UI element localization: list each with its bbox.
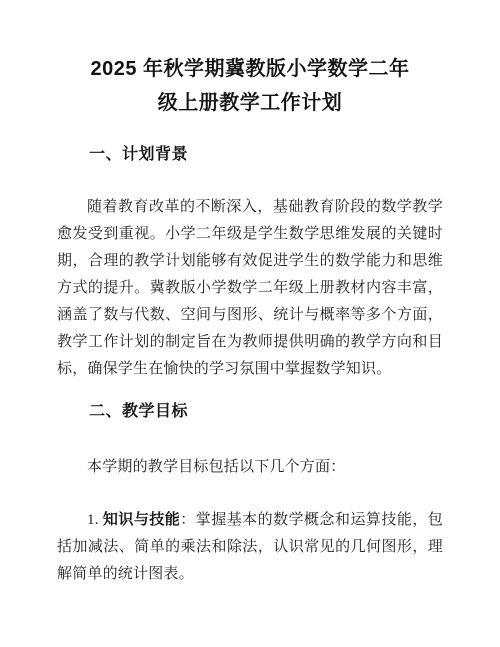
- paragraph-plan-background: 随着教育改革的不断深入，基础教育阶段的数学教学愈发受到重视。小学二年级是学生数学…: [57, 194, 443, 383]
- document-title: 2025 年秋学期冀教版小学数学二年级上册教学工作计划: [87, 52, 413, 120]
- list-item-term: 知识与技能: [103, 512, 181, 528]
- section-heading-plan-background: 一、计划背景: [57, 144, 443, 166]
- list-item-knowledge-skills: 1.知识与技能：掌握基本的数学概念和运算技能，包括加减法、简单的乘法和除法，认识…: [57, 507, 443, 588]
- list-item-number: 1.: [87, 512, 99, 528]
- paragraph-goals-intro: 本学期的教学目标包括以下几个方面：: [57, 454, 443, 481]
- section-heading-teaching-goals: 二、教学目标: [57, 401, 443, 423]
- document-page: 2025 年秋学期冀教版小学数学二年级上册教学工作计划 一、计划背景 随着教育改…: [0, 0, 500, 647]
